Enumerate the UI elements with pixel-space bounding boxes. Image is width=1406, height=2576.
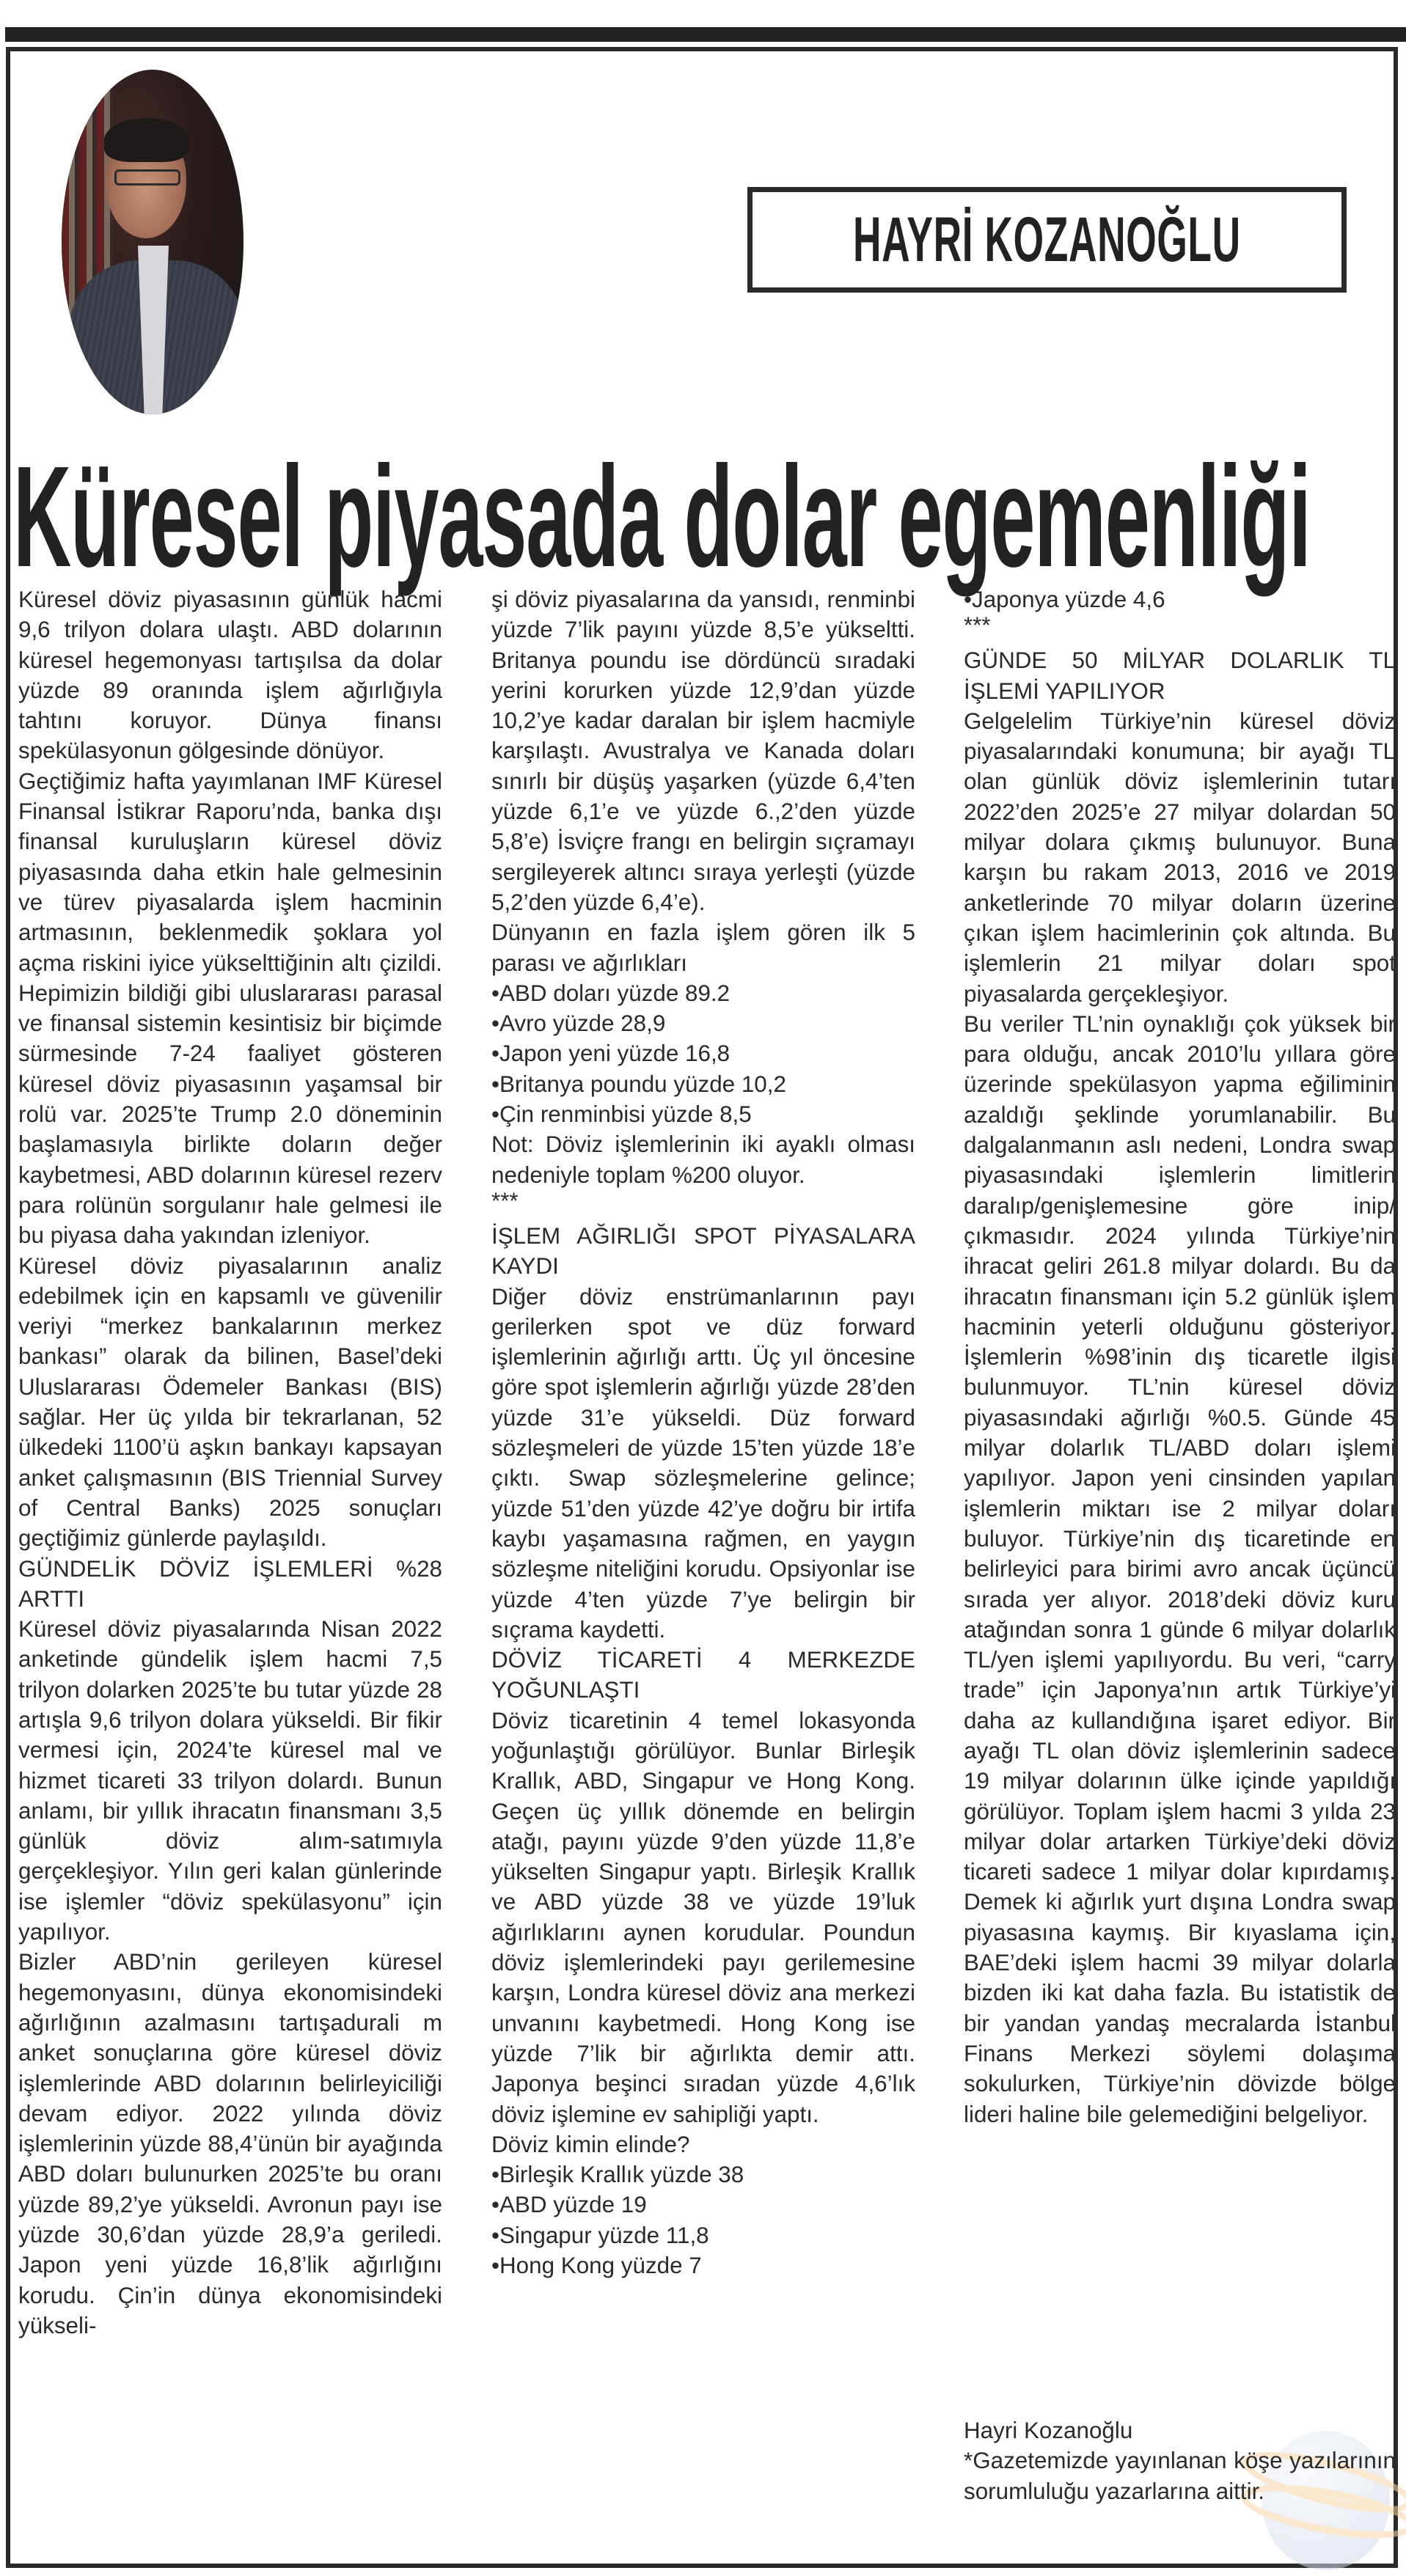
paragraph: Küresel döviz piyasasının günlük hacmi 9… xyxy=(18,584,442,766)
list-item: Japon yeni yüzde 16,8 xyxy=(491,1038,915,1068)
section-heading: İŞLEM AĞIRLIĞI SPOT PİYASALARA KAYDI xyxy=(491,1221,915,1282)
section-heading: GÜNDELİK DÖVİZ İŞLEMLERİ %28 ARTTI xyxy=(18,1554,442,1615)
list-item: Hong Kong yüzde 7 xyxy=(491,2250,915,2280)
paragraph: Diğer döviz enstrümanlarının payı gerile… xyxy=(491,1282,915,1645)
article-column-1: Küresel döviz piyasasının günlük hacmi 9… xyxy=(18,584,442,2341)
signature-block: Hayri Kozanoğlu *Gazetemizde yayınlanan … xyxy=(964,2415,1396,2506)
article-column-2: şi döviz piyasalarına da yansıdı, renmin… xyxy=(491,584,915,2280)
masthead-rule xyxy=(5,27,1406,42)
paragraph: Bizler ABD’nin gerileyen küresel hegemon… xyxy=(18,1947,442,2341)
paragraph: Dünyanın en fazla işlem gören ilk 5 para… xyxy=(491,917,915,978)
paragraph: Döviz kimin elinde? xyxy=(491,2129,915,2159)
list-item: Japonya yüzde 4,6 xyxy=(964,584,1396,614)
author-name-box: HAYRİ KOZANOĞLU xyxy=(747,187,1347,293)
paragraph: Bu veriler TL’nin oynaklığı çok yüksek b… xyxy=(964,1009,1396,2129)
paragraph: Küresel döviz piyasalarında Nisan 2022 a… xyxy=(18,1614,442,1947)
paragraph: Geçtiğimiz hafta yayımlanan IMF Küresel … xyxy=(18,766,442,1251)
list-item: Avro yüzde 28,9 xyxy=(491,1008,915,1038)
section-separator: *** xyxy=(491,1190,915,1212)
author-signature: Hayri Kozanoğlu xyxy=(964,2415,1396,2445)
paragraph: şi döviz piyasalarına da yansıdı, renmin… xyxy=(491,584,915,917)
paragraph: Not: Döviz işlemlerinin iki ayaklı olmas… xyxy=(491,1129,915,1190)
disclaimer: *Gazetemizde yayınlanan köşe yazılarının… xyxy=(964,2445,1396,2506)
list-item: Birleşik Krallık yüzde 38 xyxy=(491,2159,915,2190)
article-column-3: Japonya yüzde 4,6***GÜNDE 50 MİLYAR DOLA… xyxy=(964,584,1396,2129)
author-name: HAYRİ KOZANOĞLU xyxy=(853,204,1241,276)
paragraph: Küresel döviz piyasalarının analiz edebi… xyxy=(18,1251,442,1554)
section-separator: *** xyxy=(964,614,1396,636)
list-item: ABD doları yüzde 89.2 xyxy=(491,978,915,1008)
paragraph: Döviz ticaretinin 4 temel lokasyonda yoğ… xyxy=(491,1706,915,2129)
list-item: Singapur yüzde 11,8 xyxy=(491,2220,915,2250)
author-portrait xyxy=(62,70,244,414)
headline: Küresel piyasada dolar egemenliği xyxy=(13,451,1392,583)
portrait-hair xyxy=(104,118,189,162)
list-item: ABD yüzde 19 xyxy=(491,2190,915,2220)
portrait-glasses xyxy=(114,169,180,186)
headline-text: Küresel piyasada dolar egemenliği xyxy=(13,451,1311,583)
section-heading: GÜNDE 50 MİLYAR DOLARLIK TL İŞLEMİ YAPIL… xyxy=(964,645,1396,706)
list-item: Çin renminbisi yüzde 8,5 xyxy=(491,1099,915,1129)
paragraph: Gelgelelim Türkiye’nin küresel döviz piy… xyxy=(964,706,1396,1009)
section-heading: DÖVİZ TİCARETİ 4 MERKEZDE YOĞUNLAŞTI xyxy=(491,1645,915,1706)
list-item: Britanya poundu yüzde 10,2 xyxy=(491,1069,915,1099)
